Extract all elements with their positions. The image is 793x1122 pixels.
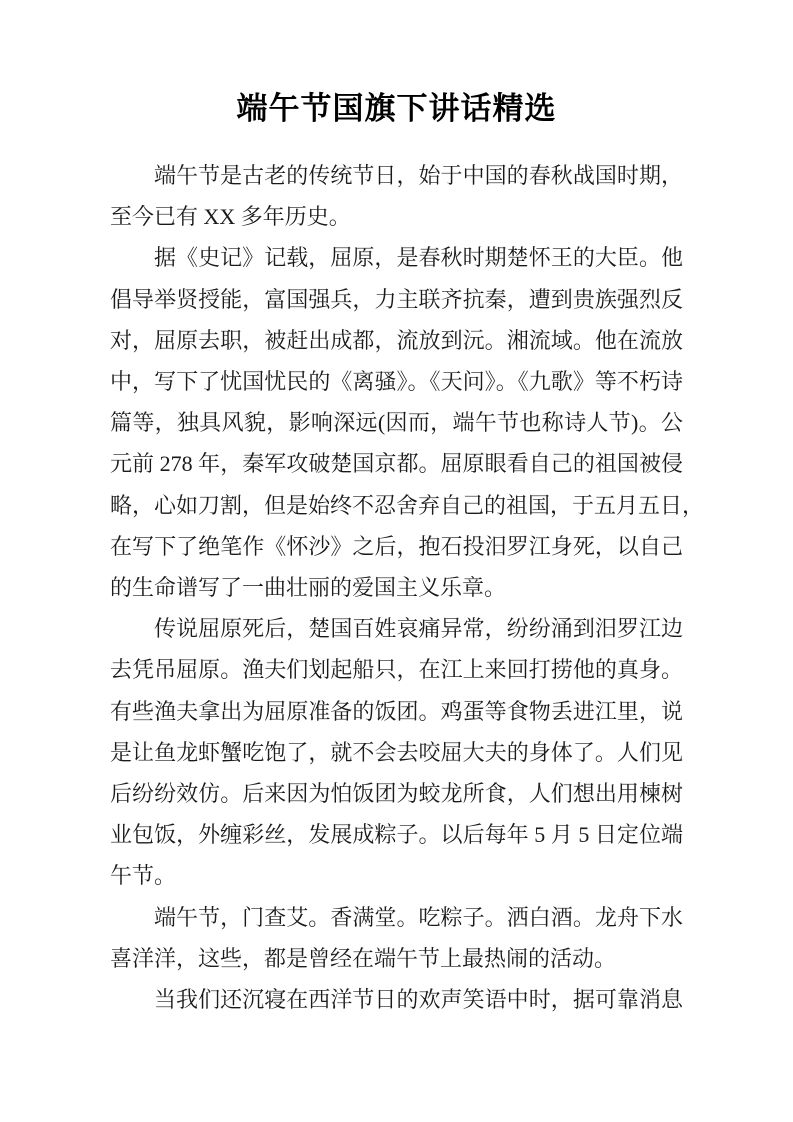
text-line: 在写下了绝笔作《怀沙》之后，抱石投汨罗江身死，以自己 [110, 526, 683, 567]
document-page: 端午节国旗下讲话精选 端午节是古老的传统节日，始于中国的春秋战国时期，至今已有 … [0, 0, 793, 1122]
text-line: 端午节，门查艾。香满堂。吃粽子。洒白酒。龙舟下水 [110, 897, 683, 938]
document-body: 端午节是古老的传统节日，始于中国的春秋战国时期，至今已有 XX 多年历史。据《史… [110, 155, 683, 1020]
text-line: 据《史记》记载，屈原，是春秋时期楚怀王的大臣。他 [110, 237, 683, 278]
paragraph: 据《史记》记载，屈原，是春秋时期楚怀王的大臣。他倡导举贤授能，富国强兵，力主联齐… [110, 237, 683, 608]
paragraph: 传说屈原死后，楚国百姓哀痛异常，纷纷涌到汨罗江边去凭吊屈原。渔夫们划起船只，在江… [110, 608, 683, 896]
text-line: 业包饭，外缠彩丝，发展成粽子。以后每年 5 月 5 日定位端 [110, 814, 683, 855]
text-line: 去凭吊屈原。渔夫们划起船只，在江上来回打捞他的真身。 [110, 649, 683, 690]
text-line: 对，屈原去职，被赶出成都，流放到沅。湘流域。他在流放 [110, 320, 683, 361]
text-line: 午节。 [110, 855, 683, 896]
text-line: 至今已有 XX 多年历史。 [110, 196, 683, 237]
text-line: 传说屈原死后，楚国百姓哀痛异常，纷纷涌到汨罗江边 [110, 608, 683, 649]
paragraph: 端午节是古老的传统节日，始于中国的春秋战国时期，至今已有 XX 多年历史。 [110, 155, 683, 237]
text-line: 有些渔夫拿出为屈原准备的饭团。鸡蛋等食物丢进江里，说 [110, 691, 683, 732]
text-line: 倡导举贤授能，富国强兵，力主联齐抗秦，遭到贵族强烈反 [110, 279, 683, 320]
text-line: 是让鱼龙虾蟹吃饱了，就不会去咬屈大夫的身体了。人们见 [110, 732, 683, 773]
text-line: 当我们还沉寝在西洋节日的欢声笑语中时，据可靠消息 [110, 979, 683, 1020]
text-line: 元前 278 年，秦军攻破楚国京都。屈原眼看自己的祖国被侵 [110, 443, 683, 484]
paragraph: 端午节，门查艾。香满堂。吃粽子。洒白酒。龙舟下水喜洋洋，这些，都是曾经在端午节上… [110, 897, 683, 979]
text-line: 的生命谱写了一曲壮丽的爱国主义乐章。 [110, 567, 683, 608]
text-line: 中，写下了忧国忧民的《离骚》。《天问》。《九歌》等不朽诗 [110, 361, 683, 402]
text-line: 喜洋洋，这些，都是曾经在端午节上最热闹的活动。 [110, 938, 683, 979]
text-line: 篇等，独具风貌，影响深远(因而，端午节也称诗人节)。公 [110, 402, 683, 443]
paragraph: 当我们还沉寝在西洋节日的欢声笑语中时，据可靠消息 [110, 979, 683, 1020]
text-line: 端午节是古老的传统节日，始于中国的春秋战国时期， [110, 155, 683, 196]
document-title: 端午节国旗下讲话精选 [0, 86, 793, 132]
text-line: 后纷纷效仿。后来因为怕饭团为蛟龙所食，人们想出用楝树 [110, 773, 683, 814]
text-line: 略，心如刀割，但是始终不忍舍弃自己的祖国，于五月五日， [110, 485, 683, 526]
